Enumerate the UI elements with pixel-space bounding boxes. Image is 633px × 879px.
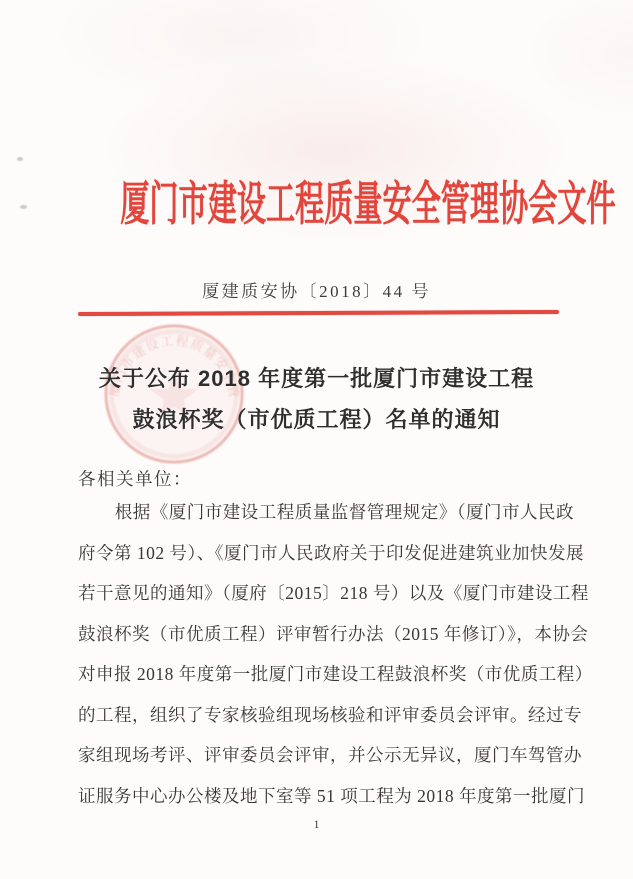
body-line: 若干意见的通知》（厦府〔2015〕218 号）以及《厦门市建设工程 <box>78 579 560 620</box>
body-paragraph: 根据《厦门市建设工程质量监督管理规定》（厦门市人民政府令第 102 号）、《厦门… <box>78 498 560 822</box>
page-number: 1 <box>0 817 633 832</box>
scan-speck <box>20 205 27 209</box>
document-page: 厦门市建设工程质量安全管理协会文件 厦建质安协〔2018〕44 号 厦门市建设工… <box>0 0 633 879</box>
body-line: 证服务中心办公楼及地下室等 51 项工程为 2018 年度第一批厦门 <box>78 782 560 823</box>
notice-title: 关于公布 2018 年度第一批厦门市建设工程 鼓浪杯奖（市优质工程）名单的通知 <box>0 358 633 440</box>
body-line: 对申报 2018 年度第一批厦门市建设工程鼓浪杯奖（市优质工程） <box>78 660 560 701</box>
notice-title-line1: 关于公布 2018 年度第一批厦门市建设工程 <box>0 358 633 399</box>
body-line: 鼓浪杯奖（市优质工程）评审暂行办法（2015 年修订）》，本协会 <box>78 620 560 661</box>
salutation: 各相关单位： <box>78 466 192 491</box>
body-line: 府令第 102 号）、《厦门市人民政府关于印发促进建筑业加快发展 <box>78 539 560 580</box>
document-number: 厦建质安协〔2018〕44 号 <box>0 277 633 302</box>
notice-title-line2: 鼓浪杯奖（市优质工程）名单的通知 <box>0 399 633 440</box>
body-line: 家组现场考评、评审委员会评审，并公示无异议，厦门车驾管办 <box>78 741 560 782</box>
body-line: 根据《厦门市建设工程质量监督管理规定》（厦门市人民政 <box>78 498 560 539</box>
org-header-title: 厦门市建设工程质量安全管理协会文件 <box>120 176 512 234</box>
red-divider-line <box>78 310 559 316</box>
scan-speck <box>17 157 23 161</box>
body-line: 的工程，组织了专家核验组现场核验和评审委员会评审。经过专 <box>78 701 560 742</box>
